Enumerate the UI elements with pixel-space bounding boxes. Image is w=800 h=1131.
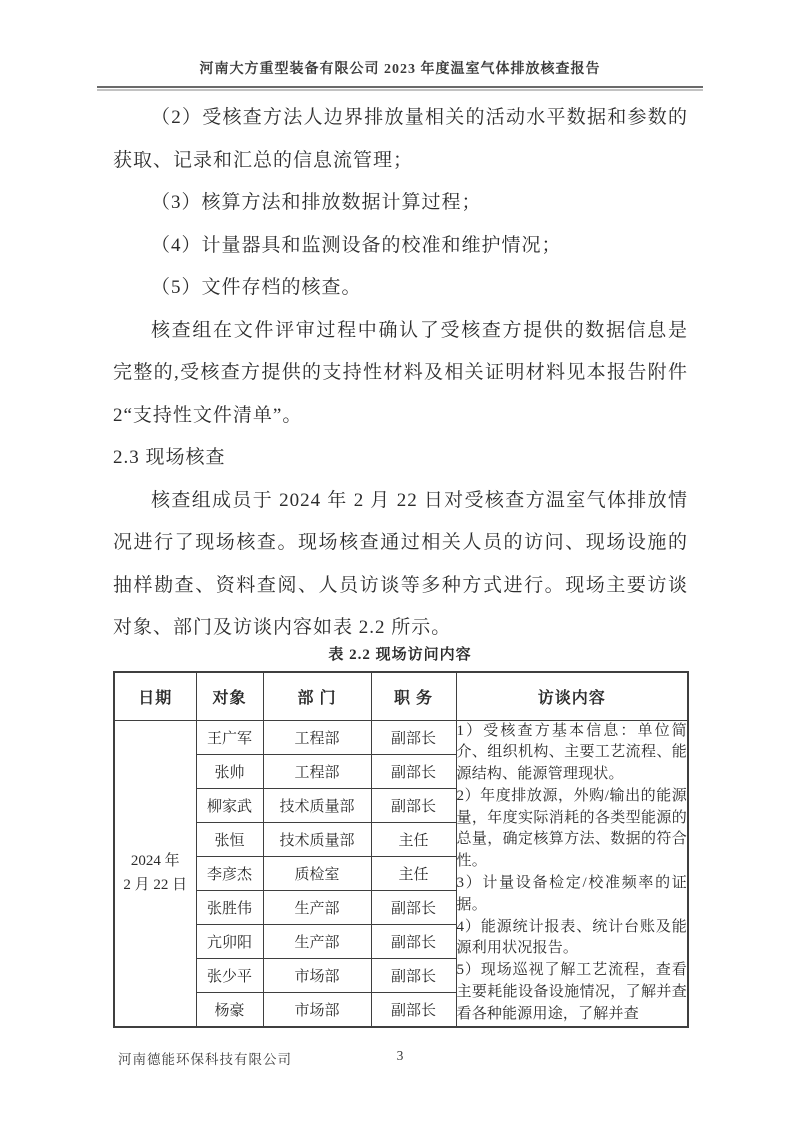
department-cell: 工程部 xyxy=(263,720,371,754)
interview-content-item: 2）年度排放源，外购/输出的能源量，年度实际消耗的各类型能源的总量，确定核算方法… xyxy=(457,786,688,873)
job-title-cell: 副部长 xyxy=(371,958,456,992)
department-cell: 工程部 xyxy=(263,754,371,788)
job-title-cell: 副部长 xyxy=(371,993,456,1027)
department-cell: 技术质量部 xyxy=(263,822,371,856)
department-cell: 市场部 xyxy=(263,993,371,1027)
site-visit-table: 日期对象部 门职 务访谈内容 2024 年2 月 22 日王广军工程部副部长1）… xyxy=(113,671,689,1028)
interview-content-item: 3）计量设备检定/校准频率的证据。 xyxy=(457,873,688,917)
interviewee-name-cell: 张帅 xyxy=(196,754,263,788)
department-cell: 生产部 xyxy=(263,890,371,924)
table-column-header: 部 门 xyxy=(263,672,371,720)
job-title-cell: 副部长 xyxy=(371,720,456,754)
table-column-header: 对象 xyxy=(196,672,263,720)
header-rule-light-line xyxy=(97,89,703,91)
interview-content-item: 4）能源统计报表、统计台账及能源利用状况报告。 xyxy=(457,917,688,961)
interviewee-name-cell: 亢卯阳 xyxy=(196,924,263,958)
table-header: 日期对象部 门职 务访谈内容 xyxy=(114,672,688,720)
department-cell: 技术质量部 xyxy=(263,788,371,822)
header-rule-dark-line xyxy=(97,86,703,88)
interviewee-name-cell: 王广军 xyxy=(196,720,263,754)
interviewee-name-cell: 李彦杰 xyxy=(196,856,263,890)
table-column-header: 职 务 xyxy=(371,672,456,720)
body-paragraph: （2）受核查方法人边界排放量相关的活动水平数据和参数的获取、记录和汇总的信息流管… xyxy=(113,97,688,182)
interviewee-name-cell: 张恒 xyxy=(196,822,263,856)
interviewee-name-cell: 张胜伟 xyxy=(196,890,263,924)
table-column-header: 访谈内容 xyxy=(456,672,688,720)
department-cell: 市场部 xyxy=(263,958,371,992)
date-cell: 2024 年2 月 22 日 xyxy=(114,720,196,1027)
table-body: 2024 年2 月 22 日王广军工程部副部长1）受核查方基本信息：单位简介、组… xyxy=(114,720,688,1027)
department-cell: 质检室 xyxy=(263,856,371,890)
table-column-header: 日期 xyxy=(114,672,196,720)
job-title-cell: 副部长 xyxy=(371,788,456,822)
section-heading: 2.3 现场核查 xyxy=(113,437,688,480)
table-header-row: 日期对象部 门职 务访谈内容 xyxy=(114,672,688,720)
job-title-cell: 副部长 xyxy=(371,754,456,788)
interview-content-item: 5）现场巡视了解工艺流程，查看主要耗能设备设施情况，了解并查看各种能源用途，了解… xyxy=(457,960,688,1025)
page-footer: 河南德能环保科技有限公司 3 xyxy=(0,1048,800,1072)
job-title-cell: 副部长 xyxy=(371,890,456,924)
table-caption: 表 2.2 现场访问内容 xyxy=(0,643,800,664)
page-header-title: 河南大方重型装备有限公司 2023 年度温室气体排放核查报告 xyxy=(0,58,800,78)
body-paragraph: 核查组成员于 2024 年 2 月 22 日对受核查方温室气体排放情况进行了现场… xyxy=(113,480,688,650)
interview-content-cell: 1）受核查方基本信息：单位简介、组织机构、主要工艺流程、能源结构、能源管理现状。… xyxy=(456,720,688,1027)
interviewee-name-cell: 柳家武 xyxy=(196,788,263,822)
body-paragraph: （4）计量器具和监测设备的校准和维护情况； xyxy=(113,225,688,268)
interviewee-name-cell: 杨豪 xyxy=(196,993,263,1027)
table-row: 2024 年2 月 22 日王广军工程部副部长1）受核查方基本信息：单位简介、组… xyxy=(114,720,688,754)
header-double-rule xyxy=(97,86,703,93)
footer-page-number: 3 xyxy=(0,1048,800,1064)
interviewee-name-cell: 张少平 xyxy=(196,958,263,992)
date-line-1: 2024 年 xyxy=(115,849,196,873)
interview-content-item: 1）受核查方基本信息：单位简介、组织机构、主要工艺流程、能源结构、能源管理现状。 xyxy=(457,721,688,786)
body-paragraph: （3）核算方法和排放数据计算过程； xyxy=(113,182,688,225)
body-paragraph: 核查组在文件评审过程中确认了受核查方提供的数据信息是完整的,受核查方提供的支持性… xyxy=(113,310,688,438)
date-line-2: 2 月 22 日 xyxy=(115,873,196,897)
document-page: 河南大方重型装备有限公司 2023 年度温室气体排放核查报告 （2）受核查方法人… xyxy=(0,0,800,1131)
job-title-cell: 主任 xyxy=(371,856,456,890)
job-title-cell: 副部长 xyxy=(371,924,456,958)
body-paragraph: （5）文件存档的核查。 xyxy=(113,267,688,310)
department-cell: 生产部 xyxy=(263,924,371,958)
job-title-cell: 主任 xyxy=(371,822,456,856)
body-text: （2）受核查方法人边界排放量相关的活动水平数据和参数的获取、记录和汇总的信息流管… xyxy=(113,97,688,650)
